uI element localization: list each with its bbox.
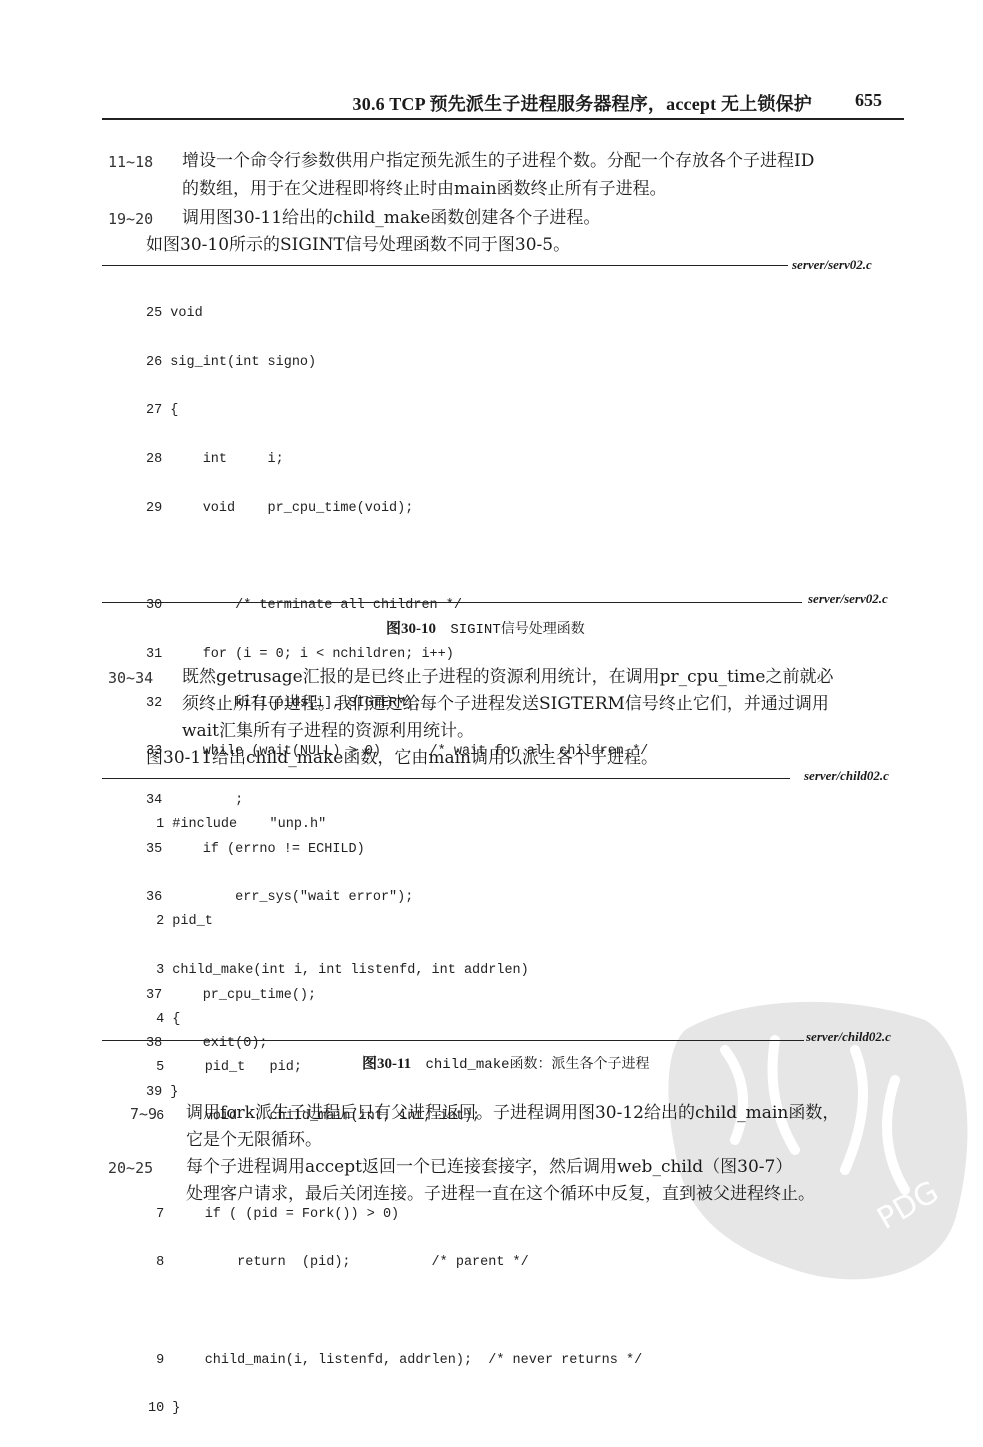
listing-intro: 如图30-10所示的SIGINT信号处理函数不同于图30-5。 — [146, 231, 570, 259]
code-line: 8 return (pid); /* parent */ — [148, 1254, 642, 1273]
line-range-label: 30~34 — [108, 669, 153, 687]
paragraph-line: 它是个无限循环。 — [186, 1126, 322, 1154]
code-line: 1 #include "unp.h" — [148, 816, 642, 835]
code-line: 25 void — [146, 305, 648, 324]
listing-file-label: server/serv02.c — [792, 257, 872, 273]
code-line: 10 } — [148, 1400, 642, 1419]
line-range-label: 20~25 — [108, 1159, 153, 1177]
code-line: 4 { — [148, 1011, 642, 1030]
code-blank — [148, 1303, 642, 1322]
section-title: 30.6 TCP 预先派生子进程服务器程序，accept 无上锁保护 — [353, 90, 812, 116]
code-line: 29 void pr_cpu_time(void); — [146, 500, 648, 519]
listing-file-label: server/serv02.c — [808, 591, 888, 607]
code-line: 30 /* terminate all children */ — [146, 597, 648, 616]
code-line: 7 if ( (pid = Fork()) > 0) — [148, 1206, 642, 1225]
running-header: 30.6 TCP 预先派生子进程服务器程序，accept 无上锁保护 655 — [102, 86, 904, 120]
figure-caption: 图30-11 child_make函数：派生各个子进程 — [362, 1052, 650, 1073]
paragraph-line: 增设一个命令行参数供用户指定预先派生的子进程个数。分配一个存放各个子进程ID — [182, 147, 814, 175]
paragraph-line: 每个子进程调用accept返回一个已连接套接字，然后调用web_child（图3… — [186, 1153, 792, 1181]
paragraph-line: 处理客户请求，最后关闭连接。子进程一直在这个循环中反复，直到被父进程终止。 — [186, 1180, 815, 1208]
listing-bottom-rule — [102, 602, 802, 603]
code-line: 28 int i; — [146, 451, 648, 470]
figure-number: 图30-10 — [386, 621, 436, 637]
listing-top-rule — [102, 778, 790, 779]
code-line: 31 for (i = 0; i < nchildren; i++) — [146, 646, 648, 665]
paragraph-line: 既然getrusage汇报的是已终止子进程的资源利用统计，在调用pr_cpu_t… — [182, 663, 833, 691]
paragraph-line: 调用fork派生子进程后只有父进程返回。子进程调用图30-12给出的child_… — [186, 1099, 839, 1127]
code-line: 3 child_make(int i, int listenfd, int ad… — [148, 962, 642, 981]
code-blank — [148, 865, 642, 884]
code-blank — [146, 548, 648, 567]
figure-number: 图30-11 — [362, 1056, 411, 1072]
paragraph-line: 调用图30-11给出的child_make函数创建各个子进程。 — [182, 204, 600, 232]
line-range-label: 7~9 — [130, 1105, 157, 1123]
listing-intro: 图30-11给出child_make函数，它由main调用以派生各个子进程。 — [146, 744, 658, 772]
listing-file-label: server/child02.c — [804, 768, 889, 784]
code-line: 2 pid_t — [148, 913, 642, 932]
paragraph-line: 须终止所有子进程。我们通过给每个子进程发送SIGTERM信号终止它们，并通过调用 — [182, 690, 829, 718]
paragraph-line: wait汇集所有子进程的资源利用统计。 — [182, 717, 474, 745]
code-line: 27 { — [146, 402, 648, 421]
line-range-label: 19~20 — [108, 210, 153, 228]
paragraph-line: 的数组，用于在父进程即将终止时由main函数终止所有子进程。 — [182, 175, 667, 203]
figure-caption-text: SIGINT信号处理函数 — [450, 622, 584, 638]
figure-caption: 图30-10 SIGINT信号处理函数 — [386, 617, 585, 638]
code-line: 26 sig_int(int signo) — [146, 354, 648, 373]
page-number: 655 — [855, 90, 882, 111]
code-line: 9 child_main(i, listenfd, addrlen); /* n… — [148, 1352, 642, 1371]
figure-caption-text: child_make函数：派生各个子进程 — [425, 1057, 649, 1073]
line-range-label: 11~18 — [108, 153, 153, 171]
listing-file-label: server/child02.c — [806, 1029, 891, 1045]
listing-bottom-rule — [102, 1040, 804, 1041]
listing-top-rule — [102, 265, 788, 266]
